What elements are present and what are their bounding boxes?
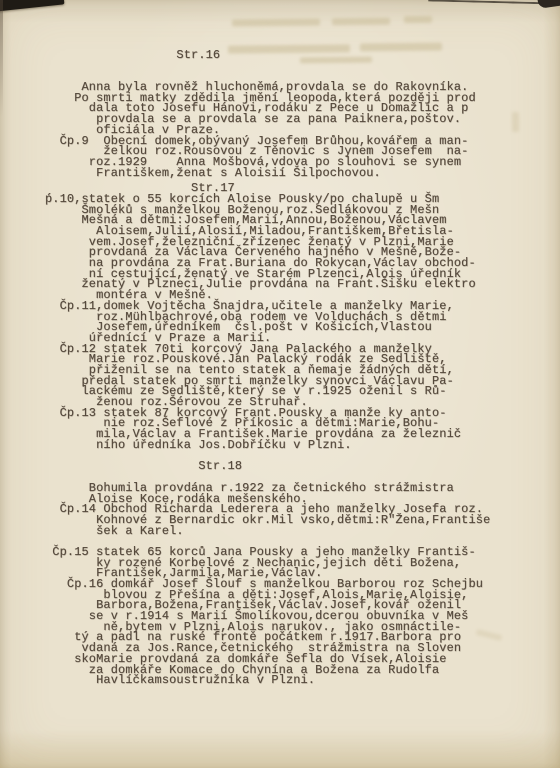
typewritten-text: Str.16 Anna byla rovněž hluchoněmá,provd… [45,50,545,686]
text-line: Str.18 [45,461,545,472]
text-line: ního úředníka Jos.Dobříčku v Plzni. [45,440,545,451]
scan-edge-artifact [0,0,3,130]
text-line: Str.16 [45,50,545,61]
ink-bleedthrough [404,16,432,23]
text-line: šek a Karel. [45,526,545,537]
scanned-document-page: Str.16 Anna byla rovněž hluchoněmá,provd… [0,0,560,768]
text-line [45,61,545,72]
section-str-18: Str.18 Bohumila provdána r.1922 za četni… [45,461,545,685]
text-line: Františkem,ženat s Aloisií Šilpochovou. [45,168,545,179]
scan-edge-artifact [0,0,64,12]
section-str-16: Str.16 Anna byla rovněž hluchoněmá,provd… [45,50,545,178]
ink-bleedthrough [232,19,320,27]
ink-bleedthrough [332,18,390,26]
text-line: Havlíčkamsoustružníka v Plzni. [45,675,545,686]
section-str-17: Str.17ṕ.10,statek o 55 korcích Aloise Po… [45,183,545,450]
